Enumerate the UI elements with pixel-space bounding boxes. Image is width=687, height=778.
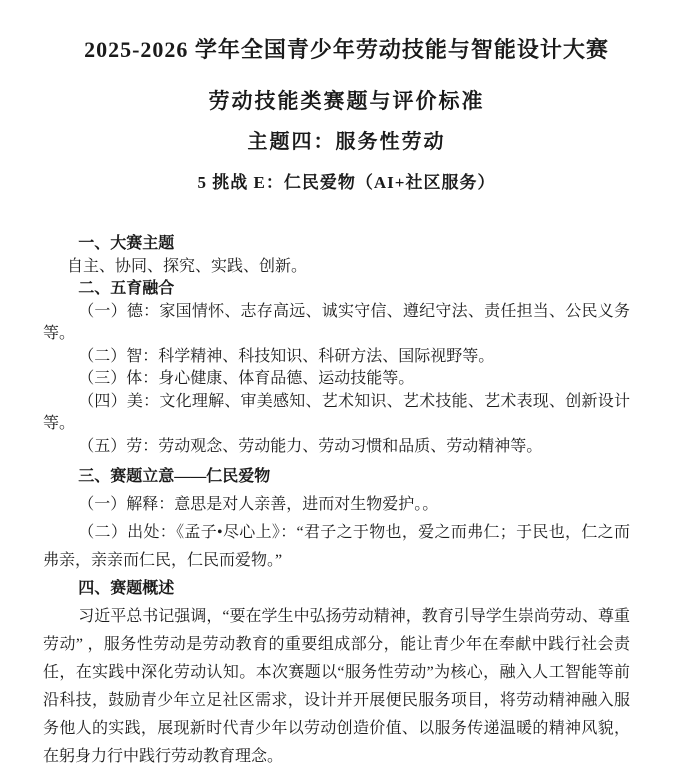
section-4-content: 习近平总书记强调，“要在学生中弘扬劳动精神，教育引导学生崇尚劳动、尊重劳动” ，… <box>43 603 630 771</box>
section-2-item-lao: （五）劳：劳动观念、劳动能力、劳动习惯和品质、劳动精神等。 <box>43 436 630 459</box>
section-3-item-explanation: （一）解释：意思是对人亲善，进而对生物爱护。。 <box>43 491 630 519</box>
section-2-item-zhi: （二）智：科学精神、科技知识、科研方法、国际视野等。 <box>43 346 630 369</box>
doc-title-line-2: 劳动技能类赛题与评价标准 <box>43 89 650 113</box>
section-1-heading: 一、大赛主题 <box>43 233 630 256</box>
doc-title-line-3: 主题四：服务性劳动 <box>43 131 650 154</box>
section-2-item-mei: （四）美：文化理解、审美感知、艺术知识、艺术技能、艺术表现、创新设计等。 <box>43 391 630 436</box>
sections-three-four: 三、赛题立意——仁民爱物 （一）解释：意思是对人亲善，进而对生物爱护。。 （二）… <box>43 463 630 771</box>
doc-title-line-1: 2025-2026 学年全国青少年劳动技能与智能设计大赛 <box>43 36 650 63</box>
section-3-item-source: （二）出处：《孟子•尽心上》：“君子之于物也，爱之而弗仁；于民也，仁之而弗亲，亲… <box>43 519 630 575</box>
sections-one-two: 一、大赛主题 自主、协同、探究、实践、创新。 二、五育融合 （一）德：家国情怀、… <box>43 233 630 458</box>
section-1-content: 自主、协同、探究、实践、创新。 <box>43 256 630 279</box>
section-2-item-de: （一）德：家国情怀、志存高远、诚实守信、遵纪守法、责任担当、公民义务等。 <box>43 301 630 346</box>
document-title-block: 2025-2026 学年全国青少年劳动技能与智能设计大赛 劳动技能类赛题与评价标… <box>43 36 650 193</box>
section-3-heading: 三、赛题立意——仁民爱物 <box>43 463 630 491</box>
section-4-heading: 四、赛题概述 <box>43 575 630 603</box>
section-2-item-ti: （三）体：身心健康、体育品德、运动技能等。 <box>43 368 630 391</box>
doc-title-line-4: 5 挑战 E：仁民爱物（AI+社区服务） <box>43 173 650 193</box>
section-2-heading: 二、五育融合 <box>43 278 630 301</box>
document-page: 2025-2026 学年全国青少年劳动技能与智能设计大赛 劳动技能类赛题与评价标… <box>0 0 687 778</box>
